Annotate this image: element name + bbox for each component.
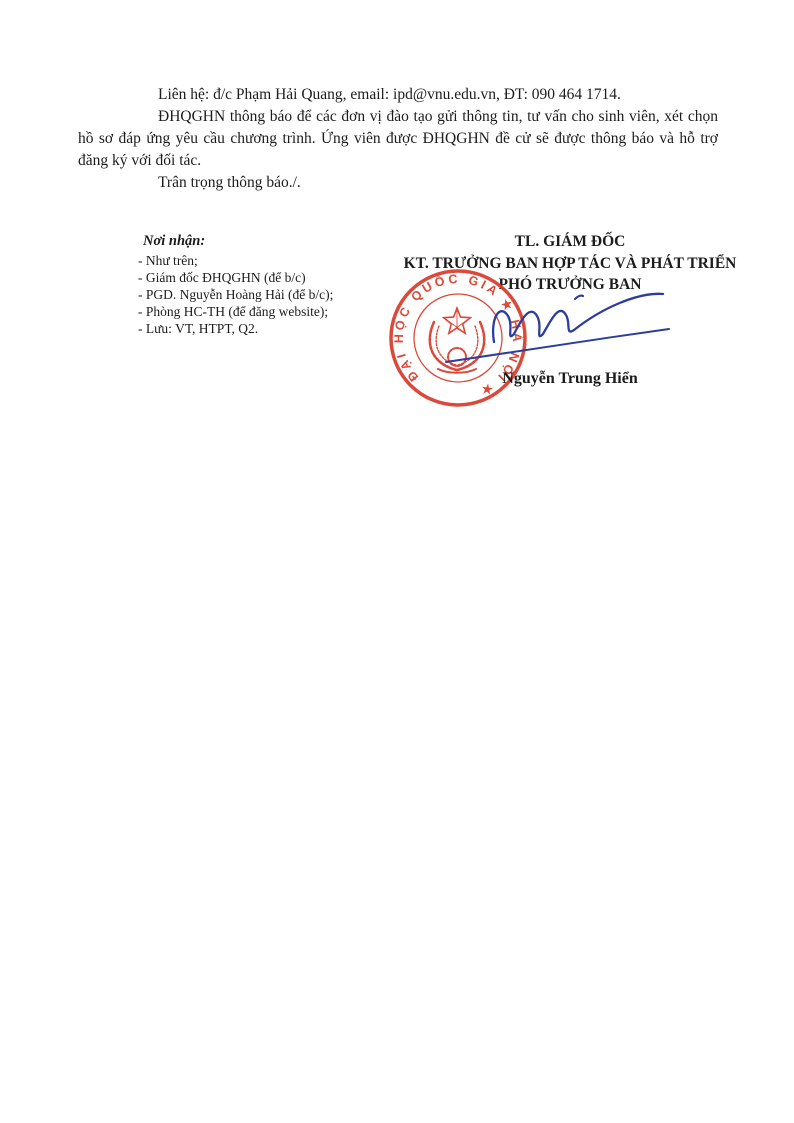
recipient-item: - Giám đốc ĐHQGHN (để b/c)	[138, 269, 408, 286]
handwritten-signature	[430, 280, 675, 370]
signature-dot-stroke	[575, 296, 583, 299]
closing-line: Trân trọng thông báo./.	[78, 172, 718, 194]
signature-loops-stroke	[493, 294, 663, 342]
recipient-item: - Như trên;	[138, 252, 408, 269]
recipients-title: Nơi nhận:	[143, 233, 408, 250]
recipient-item: - PGD. Nguyễn Hoàng Hải (để b/c);	[138, 286, 408, 303]
recipient-item: - Phòng HC-TH (để đăng website);	[138, 303, 408, 320]
authority-line-1: TL. GIÁM ĐỐC	[399, 231, 741, 253]
signer-name: Nguyễn Trung Hiển	[399, 370, 741, 388]
notice-paragraph: ĐHQGHN thông báo để các đơn vị đào tạo g…	[78, 106, 718, 172]
recipients-block: Nơi nhận: - Như trên; - Giám đốc ĐHQGHN …	[138, 233, 408, 337]
letter-body: Liên hệ: đ/c Phạm Hải Quang, email: ipd@…	[78, 84, 718, 194]
recipient-item: - Lưu: VT, HTPT, Q2.	[138, 320, 408, 337]
document-page: Liên hệ: đ/c Phạm Hải Quang, email: ipd@…	[0, 0, 794, 1123]
signature-tail-stroke	[446, 329, 669, 362]
contact-line: Liên hệ: đ/c Phạm Hải Quang, email: ipd@…	[78, 84, 718, 106]
